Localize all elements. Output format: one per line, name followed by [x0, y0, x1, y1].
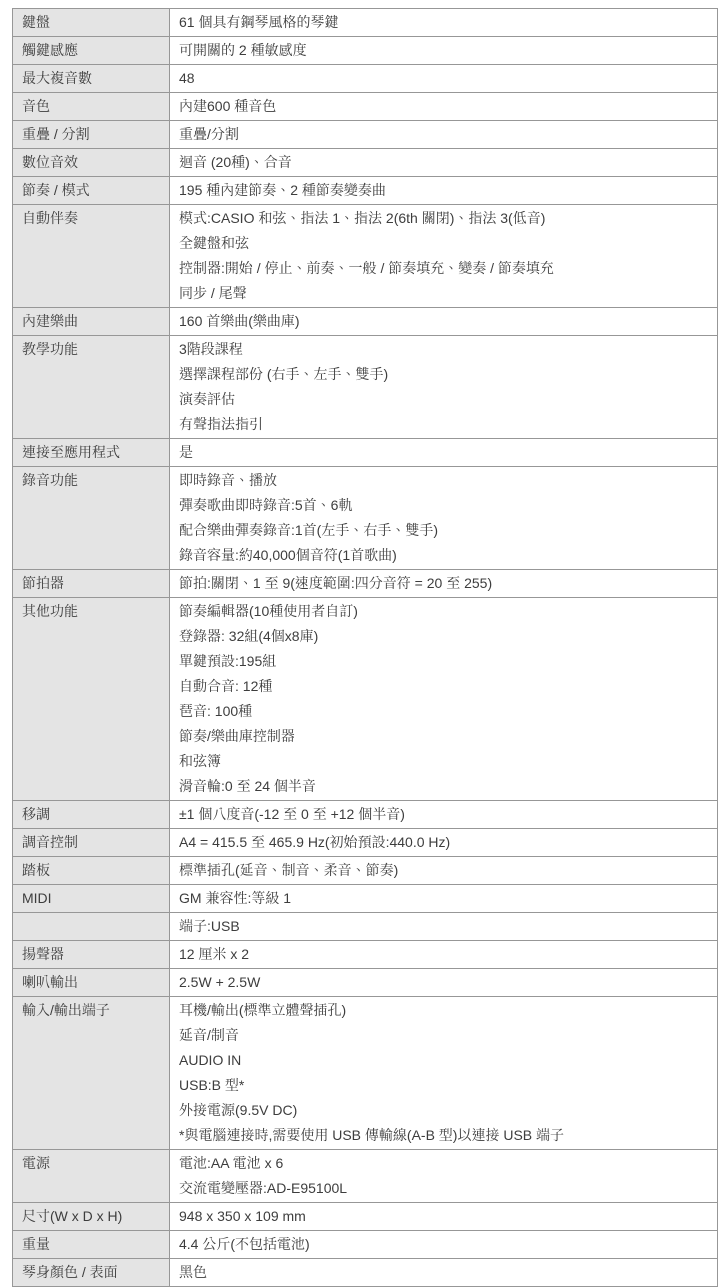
- spec-label: 喇叭輸出: [13, 969, 170, 997]
- spec-value-line: 節奏編輯器(10種使用者自訂): [179, 599, 709, 624]
- spec-value: ±1 個八度音(-12 至 0 至 +12 個半音): [170, 801, 718, 829]
- spec-value: 電池:AA 電池 x 6交流電變壓器:AD-E95100L: [170, 1150, 718, 1203]
- spec-value-line: 選擇課程部份 (右手、左手、雙手): [179, 362, 709, 387]
- table-row: 自動伴奏模式:CASIO 和弦、指法 1、指法 2(6th 關閉)、指法 3(低…: [13, 205, 718, 308]
- spec-value-line: 迴音 (20種)、合音: [179, 150, 709, 175]
- spec-value: 端子:USB: [170, 913, 718, 941]
- spec-table-container: 鍵盤61 個具有鋼琴風格的琴鍵觸鍵感應可開關的 2 種敏感度最大複音數48音色內…: [0, 0, 722, 1287]
- table-row: 尺寸(W x D x H)948 x 350 x 109 mm: [13, 1203, 718, 1231]
- spec-value: 2.5W + 2.5W: [170, 969, 718, 997]
- spec-value-line: 交流電變壓器:AD-E95100L: [179, 1176, 709, 1201]
- spec-label: 重疊 / 分割: [13, 121, 170, 149]
- spec-value: 948 x 350 x 109 mm: [170, 1203, 718, 1231]
- spec-value-line: 2.5W + 2.5W: [179, 970, 709, 995]
- spec-value-line: 可開關的 2 種敏感度: [179, 38, 709, 63]
- spec-value-line: ±1 個八度音(-12 至 0 至 +12 個半音): [179, 802, 709, 827]
- table-row: 揚聲器12 厘米 x 2: [13, 941, 718, 969]
- spec-value: 標準插孔(延音、制音、柔音、節奏): [170, 857, 718, 885]
- spec-value-line: 控制器:開始 / 停止、前奏、一般 / 節奏填充、變奏 / 節奏填充: [179, 256, 709, 281]
- spec-value: 160 首樂曲(樂曲庫): [170, 308, 718, 336]
- spec-value-line: 4.4 公斤(不包括電池): [179, 1232, 709, 1257]
- spec-value: GM 兼容性:等級 1: [170, 885, 718, 913]
- spec-value-line: 重疊/分割: [179, 122, 709, 147]
- spec-label: 教學功能: [13, 336, 170, 439]
- spec-label: 調音控制: [13, 829, 170, 857]
- table-row: 電源電池:AA 電池 x 6交流電變壓器:AD-E95100L: [13, 1150, 718, 1203]
- spec-value-line: 同步 / 尾聲: [179, 281, 709, 306]
- spec-value: 是: [170, 439, 718, 467]
- spec-value: 迴音 (20種)、合音: [170, 149, 718, 177]
- spec-label: 移調: [13, 801, 170, 829]
- spec-label: 節奏 / 模式: [13, 177, 170, 205]
- table-row: 數位音效迴音 (20種)、合音: [13, 149, 718, 177]
- spec-value-line: 耳機/輸出(標準立體聲插孔): [179, 998, 709, 1023]
- table-row: 錄音功能即時錄音、播放彈奏歌曲即時錄音:5首、6軌配合樂曲彈奏錄音:1首(左手、…: [13, 467, 718, 570]
- spec-label: 輸入/輸出端子: [13, 997, 170, 1150]
- table-row: 節奏 / 模式195 種內建節奏、2 種節奏變奏曲: [13, 177, 718, 205]
- spec-value-line: 演奏評估: [179, 387, 709, 412]
- spec-value-line: 有聲指法指引: [179, 412, 709, 437]
- spec-value-line: 即時錄音、播放: [179, 468, 709, 493]
- spec-value-line: 195 種內建節奏、2 種節奏變奏曲: [179, 178, 709, 203]
- spec-value-line: 錄音容量:約40,000個音符(1首歌曲): [179, 543, 709, 568]
- spec-value-line: 外接電源(9.5V DC): [179, 1098, 709, 1123]
- spec-value-line: 電池:AA 電池 x 6: [179, 1151, 709, 1176]
- spec-value-line: A4 = 415.5 至 465.9 Hz(初始預設:440.0 Hz): [179, 830, 709, 855]
- table-row: 喇叭輸出2.5W + 2.5W: [13, 969, 718, 997]
- spec-value: 12 厘米 x 2: [170, 941, 718, 969]
- spec-label: 踏板: [13, 857, 170, 885]
- spec-value-line: 3階段課程: [179, 337, 709, 362]
- spec-value-line: 48: [179, 66, 709, 91]
- table-row: 調音控制A4 = 415.5 至 465.9 Hz(初始預設:440.0 Hz): [13, 829, 718, 857]
- spec-value-line: 12 厘米 x 2: [179, 942, 709, 967]
- spec-value: 61 個具有鋼琴風格的琴鍵: [170, 9, 718, 37]
- spec-value-line: 黑色: [179, 1260, 709, 1285]
- spec-label: 重量: [13, 1231, 170, 1259]
- spec-value: 4.4 公斤(不包括電池): [170, 1231, 718, 1259]
- spec-value-line: 模式:CASIO 和弦、指法 1、指法 2(6th 關閉)、指法 3(低音): [179, 206, 709, 231]
- spec-label: 揚聲器: [13, 941, 170, 969]
- spec-value: 節奏編輯器(10種使用者自訂)登錄器: 32組(4個x8庫)單鍵預設:195組自…: [170, 598, 718, 801]
- spec-value-line: 和弦簿: [179, 749, 709, 774]
- spec-value-line: 彈奏歌曲即時錄音:5首、6軌: [179, 493, 709, 518]
- spec-value-line: 61 個具有鋼琴風格的琴鍵: [179, 10, 709, 35]
- spec-label: 錄音功能: [13, 467, 170, 570]
- table-row: 琴身顏色 / 表面黑色: [13, 1259, 718, 1287]
- spec-value: 195 種內建節奏、2 種節奏變奏曲: [170, 177, 718, 205]
- spec-value: 節拍:關閉、1 至 9(速度範圍:四分音符 = 20 至 255): [170, 570, 718, 598]
- table-row: 移調±1 個八度音(-12 至 0 至 +12 個半音): [13, 801, 718, 829]
- spec-value-line: 是: [179, 440, 709, 465]
- spec-table-body: 鍵盤61 個具有鋼琴風格的琴鍵觸鍵感應可開關的 2 種敏感度最大複音數48音色內…: [13, 9, 718, 1287]
- spec-label: [13, 913, 170, 941]
- spec-value-line: 節拍:關閉、1 至 9(速度範圍:四分音符 = 20 至 255): [179, 571, 709, 596]
- table-row: 輸入/輸出端子耳機/輸出(標準立體聲插孔)延音/制音AUDIO INUSB:B …: [13, 997, 718, 1150]
- spec-value: A4 = 415.5 至 465.9 Hz(初始預設:440.0 Hz): [170, 829, 718, 857]
- spec-value-line: 單鍵預設:195組: [179, 649, 709, 674]
- spec-value-line: 948 x 350 x 109 mm: [179, 1204, 709, 1229]
- spec-label: 數位音效: [13, 149, 170, 177]
- spec-value-line: GM 兼容性:等級 1: [179, 886, 709, 911]
- spec-label: MIDI: [13, 885, 170, 913]
- table-row: 其他功能節奏編輯器(10種使用者自訂)登錄器: 32組(4個x8庫)單鍵預設:1…: [13, 598, 718, 801]
- table-row: 教學功能3階段課程選擇課程部份 (右手、左手、雙手)演奏評估有聲指法指引: [13, 336, 718, 439]
- spec-value-line: 端子:USB: [179, 914, 709, 939]
- spec-value: 即時錄音、播放彈奏歌曲即時錄音:5首、6軌配合樂曲彈奏錄音:1首(左手、右手、雙…: [170, 467, 718, 570]
- spec-value-line: 標準插孔(延音、制音、柔音、節奏): [179, 858, 709, 883]
- spec-value-line: 延音/制音: [179, 1023, 709, 1048]
- spec-label: 其他功能: [13, 598, 170, 801]
- spec-value: 48: [170, 65, 718, 93]
- table-row: 節拍器節拍:關閉、1 至 9(速度範圍:四分音符 = 20 至 255): [13, 570, 718, 598]
- spec-value: 重疊/分割: [170, 121, 718, 149]
- spec-label: 電源: [13, 1150, 170, 1203]
- spec-label: 琴身顏色 / 表面: [13, 1259, 170, 1287]
- spec-value: 3階段課程選擇課程部份 (右手、左手、雙手)演奏評估有聲指法指引: [170, 336, 718, 439]
- spec-value-line: 內建600 種音色: [179, 94, 709, 119]
- spec-value: 耳機/輸出(標準立體聲插孔)延音/制音AUDIO INUSB:B 型*外接電源(…: [170, 997, 718, 1150]
- spec-label: 尺寸(W x D x H): [13, 1203, 170, 1231]
- table-row: 最大複音數48: [13, 65, 718, 93]
- spec-value-line: 自動合音: 12種: [179, 674, 709, 699]
- spec-value-line: 滑音輪:0 至 24 個半音: [179, 774, 709, 799]
- table-row: 端子:USB: [13, 913, 718, 941]
- spec-value-line: 琶音: 100種: [179, 699, 709, 724]
- table-row: 內建樂曲160 首樂曲(樂曲庫): [13, 308, 718, 336]
- spec-value-line: 登錄器: 32組(4個x8庫): [179, 624, 709, 649]
- spec-value-line: 節奏/樂曲庫控制器: [179, 724, 709, 749]
- spec-value: 可開關的 2 種敏感度: [170, 37, 718, 65]
- spec-table: 鍵盤61 個具有鋼琴風格的琴鍵觸鍵感應可開關的 2 種敏感度最大複音數48音色內…: [12, 8, 718, 1287]
- spec-value-line: AUDIO IN: [179, 1048, 709, 1073]
- spec-value-line: 全鍵盤和弦: [179, 231, 709, 256]
- table-row: MIDIGM 兼容性:等級 1: [13, 885, 718, 913]
- spec-value: 黑色: [170, 1259, 718, 1287]
- spec-label: 鍵盤: [13, 9, 170, 37]
- table-row: 觸鍵感應可開關的 2 種敏感度: [13, 37, 718, 65]
- table-row: 音色內建600 種音色: [13, 93, 718, 121]
- spec-value: 模式:CASIO 和弦、指法 1、指法 2(6th 關閉)、指法 3(低音)全鍵…: [170, 205, 718, 308]
- spec-value-line: 配合樂曲彈奏錄音:1首(左手、右手、雙手): [179, 518, 709, 543]
- spec-label: 連接至應用程式: [13, 439, 170, 467]
- table-row: 踏板標準插孔(延音、制音、柔音、節奏): [13, 857, 718, 885]
- spec-value: 內建600 種音色: [170, 93, 718, 121]
- spec-label: 內建樂曲: [13, 308, 170, 336]
- spec-label: 節拍器: [13, 570, 170, 598]
- table-row: 連接至應用程式是: [13, 439, 718, 467]
- spec-value-line: 160 首樂曲(樂曲庫): [179, 309, 709, 334]
- spec-value-line: USB:B 型*: [179, 1073, 709, 1098]
- table-row: 重疊 / 分割重疊/分割: [13, 121, 718, 149]
- spec-value-line: *與電腦連接時,需要使用 USB 傳輸線(A-B 型)以連接 USB 端子: [179, 1123, 709, 1148]
- table-row: 鍵盤61 個具有鋼琴風格的琴鍵: [13, 9, 718, 37]
- spec-label: 觸鍵感應: [13, 37, 170, 65]
- spec-label: 音色: [13, 93, 170, 121]
- spec-label: 最大複音數: [13, 65, 170, 93]
- table-row: 重量4.4 公斤(不包括電池): [13, 1231, 718, 1259]
- spec-label: 自動伴奏: [13, 205, 170, 308]
